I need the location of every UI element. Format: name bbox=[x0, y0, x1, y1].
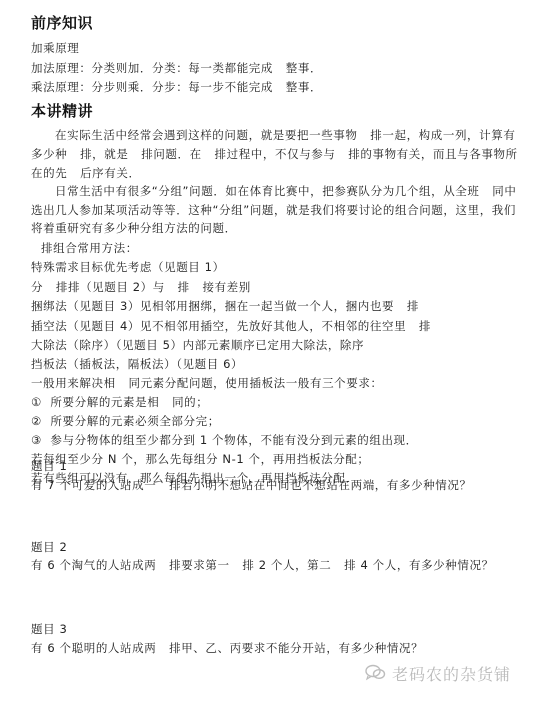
method-item: 分 排排（见题目 2）与 排 接有差别 bbox=[31, 279, 251, 295]
problem-text: 有 6 个聪明的人站成两 排甲、乙、丙要求不能分开站，有多少种情况？ bbox=[31, 640, 423, 656]
section-title-lecture: 本讲精讲 bbox=[31, 100, 93, 121]
requirement-item: ③ 参与分物体的组至少都分到 1 个物体，不能有没分到元素的组出现． bbox=[31, 432, 418, 448]
paragraph-line: 在实际生活中经常会遇到这样的问题，就是要把一些事物 排一起，构成一列，计算有 bbox=[55, 127, 515, 143]
watermark: 老码农的杂货铺 bbox=[364, 662, 511, 685]
problem-text: 有 7 个可爱的人站成一 排若小明不想站在中间也不想站在两端，有多少种情况？ bbox=[31, 477, 472, 493]
note-line: 若每组至少分 N 个，那么先每组分 N-1 个，再用挡板法分配； bbox=[31, 451, 370, 467]
paragraph-line: 多少种 排，就是 排问题．在 排过程中，不仅与参与 排的事物有关，而且与各事物所 bbox=[31, 146, 518, 162]
problem-label: 题目 3 bbox=[31, 621, 67, 637]
problem-text: 有 6 个淘气的人站成两 排要求第一 排 2 个人，第二 排 4 个人，有多少种… bbox=[31, 557, 494, 573]
section-title-prior-knowledge: 前序知识 bbox=[31, 12, 93, 33]
methods-title: 排组合常用方法： bbox=[41, 240, 138, 256]
paragraph-line: 日常生活中有很多“分组”问题．如在体育比赛中，把参赛队分为几个组，从全班 同中 bbox=[55, 183, 516, 199]
method-item: 大除法（除序）（见题目 5）内部元素顺序已定用大除法，除序 bbox=[31, 337, 364, 353]
method-item: 挡板法（插板法，隔板法）（见题目 6） bbox=[31, 356, 243, 372]
problem-label: 题目 1 bbox=[31, 458, 67, 474]
wechat-icon bbox=[364, 663, 392, 685]
method-item: 捆绑法（见题目 3）见相邻用捆绑，捆在一起当做一个人，捆内也要 排 bbox=[31, 298, 419, 314]
text-line: 乘法原理：分步则乘．分步：每一步不能完成 整事． bbox=[31, 79, 322, 95]
paragraph-line: 在的先 后序有关． bbox=[31, 165, 141, 181]
text-line: 加法原理：分类则加．分类：每一类都能完成 整事． bbox=[31, 60, 322, 76]
method-item: 特殊需求目标优先考虑（见题目 1） bbox=[31, 259, 225, 275]
method-item: 插空法（见题目 4）见不相邻用插空，先放好其他人，不相邻的往空里 排 bbox=[31, 318, 431, 334]
requirement-item: ② 所要分解的元素必须全部分完； bbox=[31, 413, 220, 429]
paragraph-line: 将着重研究有多少种分组方法的问题． bbox=[31, 220, 237, 236]
requirement-item: ① 所要分解的元素是相 同的； bbox=[31, 394, 208, 410]
paragraph-line: 选出几人参加某项活动等等．这种“分组”问题，就是我们将要讨论的组合问题，这里，我… bbox=[31, 202, 516, 218]
problem-label: 题目 2 bbox=[31, 539, 67, 555]
text-line: 加乘原理 bbox=[31, 40, 79, 56]
watermark-text: 老码农的杂货铺 bbox=[392, 662, 511, 685]
method-item: 一般用来解决相 同元素分配问题，使用插板法一般有三个要求： bbox=[31, 375, 383, 391]
